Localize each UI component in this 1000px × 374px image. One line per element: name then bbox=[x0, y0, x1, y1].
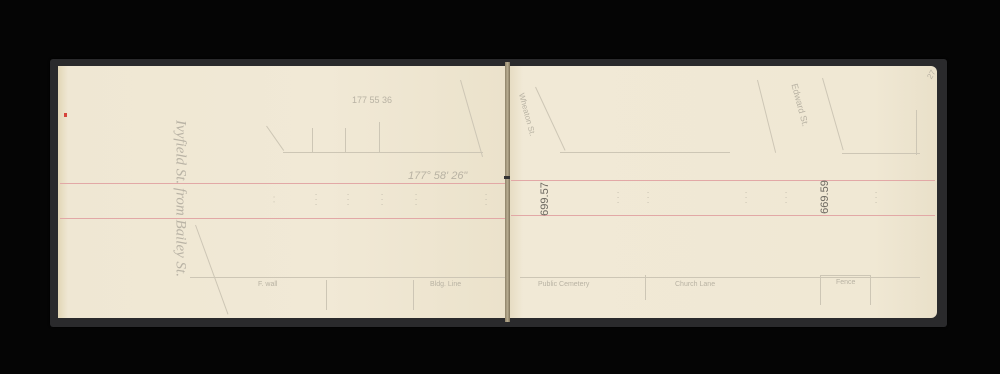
red-rule-line bbox=[511, 215, 935, 216]
pencil-mark: · · · bbox=[412, 193, 421, 205]
notebook-gutter bbox=[505, 62, 510, 322]
sketch-line bbox=[312, 128, 313, 152]
red-rule-line bbox=[60, 218, 505, 219]
pencil-mark: · · · bbox=[344, 193, 353, 205]
sketch-line bbox=[916, 110, 917, 155]
bottom-label-wall: F. wall bbox=[258, 281, 277, 288]
bottom-label-cemetery: Public Cemetery bbox=[538, 281, 589, 288]
sketch-line bbox=[842, 153, 920, 154]
dimension-right: 669.59 bbox=[819, 180, 831, 214]
sketch-line bbox=[645, 275, 646, 300]
sketch-line bbox=[379, 122, 380, 152]
sketch-line bbox=[413, 280, 414, 310]
binding-stitch bbox=[504, 176, 510, 179]
red-edge-mark bbox=[64, 113, 67, 117]
pencil-mark: · · · bbox=[378, 193, 387, 205]
red-rule-line bbox=[60, 183, 505, 184]
pencil-mark: · · · bbox=[482, 193, 491, 205]
sketch-line bbox=[190, 277, 505, 278]
pencil-mark: · · · bbox=[782, 191, 791, 203]
sketch-line bbox=[560, 152, 730, 153]
sketch-line bbox=[520, 277, 920, 278]
pencil-mark: · · bbox=[269, 196, 278, 204]
sketch-line bbox=[345, 128, 346, 152]
sketch-line bbox=[820, 275, 870, 276]
sketch-line bbox=[283, 152, 483, 153]
sketch-line bbox=[870, 275, 871, 305]
pencil-mark: · · · bbox=[312, 193, 321, 205]
street-heading-left: Ivyfield St. from Bailey St. bbox=[172, 99, 189, 299]
pencil-mark: · · · bbox=[872, 191, 881, 203]
sketch-line bbox=[820, 275, 821, 305]
pencil-mark: · · · bbox=[742, 191, 751, 203]
red-rule-line bbox=[511, 180, 935, 181]
pencil-mark: · · · bbox=[614, 191, 623, 203]
bottom-label-bldg: Bldg. Line bbox=[430, 281, 461, 288]
dimension-left: 699.57 bbox=[539, 182, 551, 216]
pencil-mark: · · · bbox=[644, 191, 653, 203]
sketch-line bbox=[326, 280, 327, 310]
bearing-main: 177° 58' 26" bbox=[408, 170, 467, 182]
bottom-label-fence: Fence bbox=[836, 279, 855, 286]
bearing-top: 177 55 36 bbox=[352, 95, 392, 105]
bottom-label-church: Church Lane bbox=[675, 281, 715, 288]
